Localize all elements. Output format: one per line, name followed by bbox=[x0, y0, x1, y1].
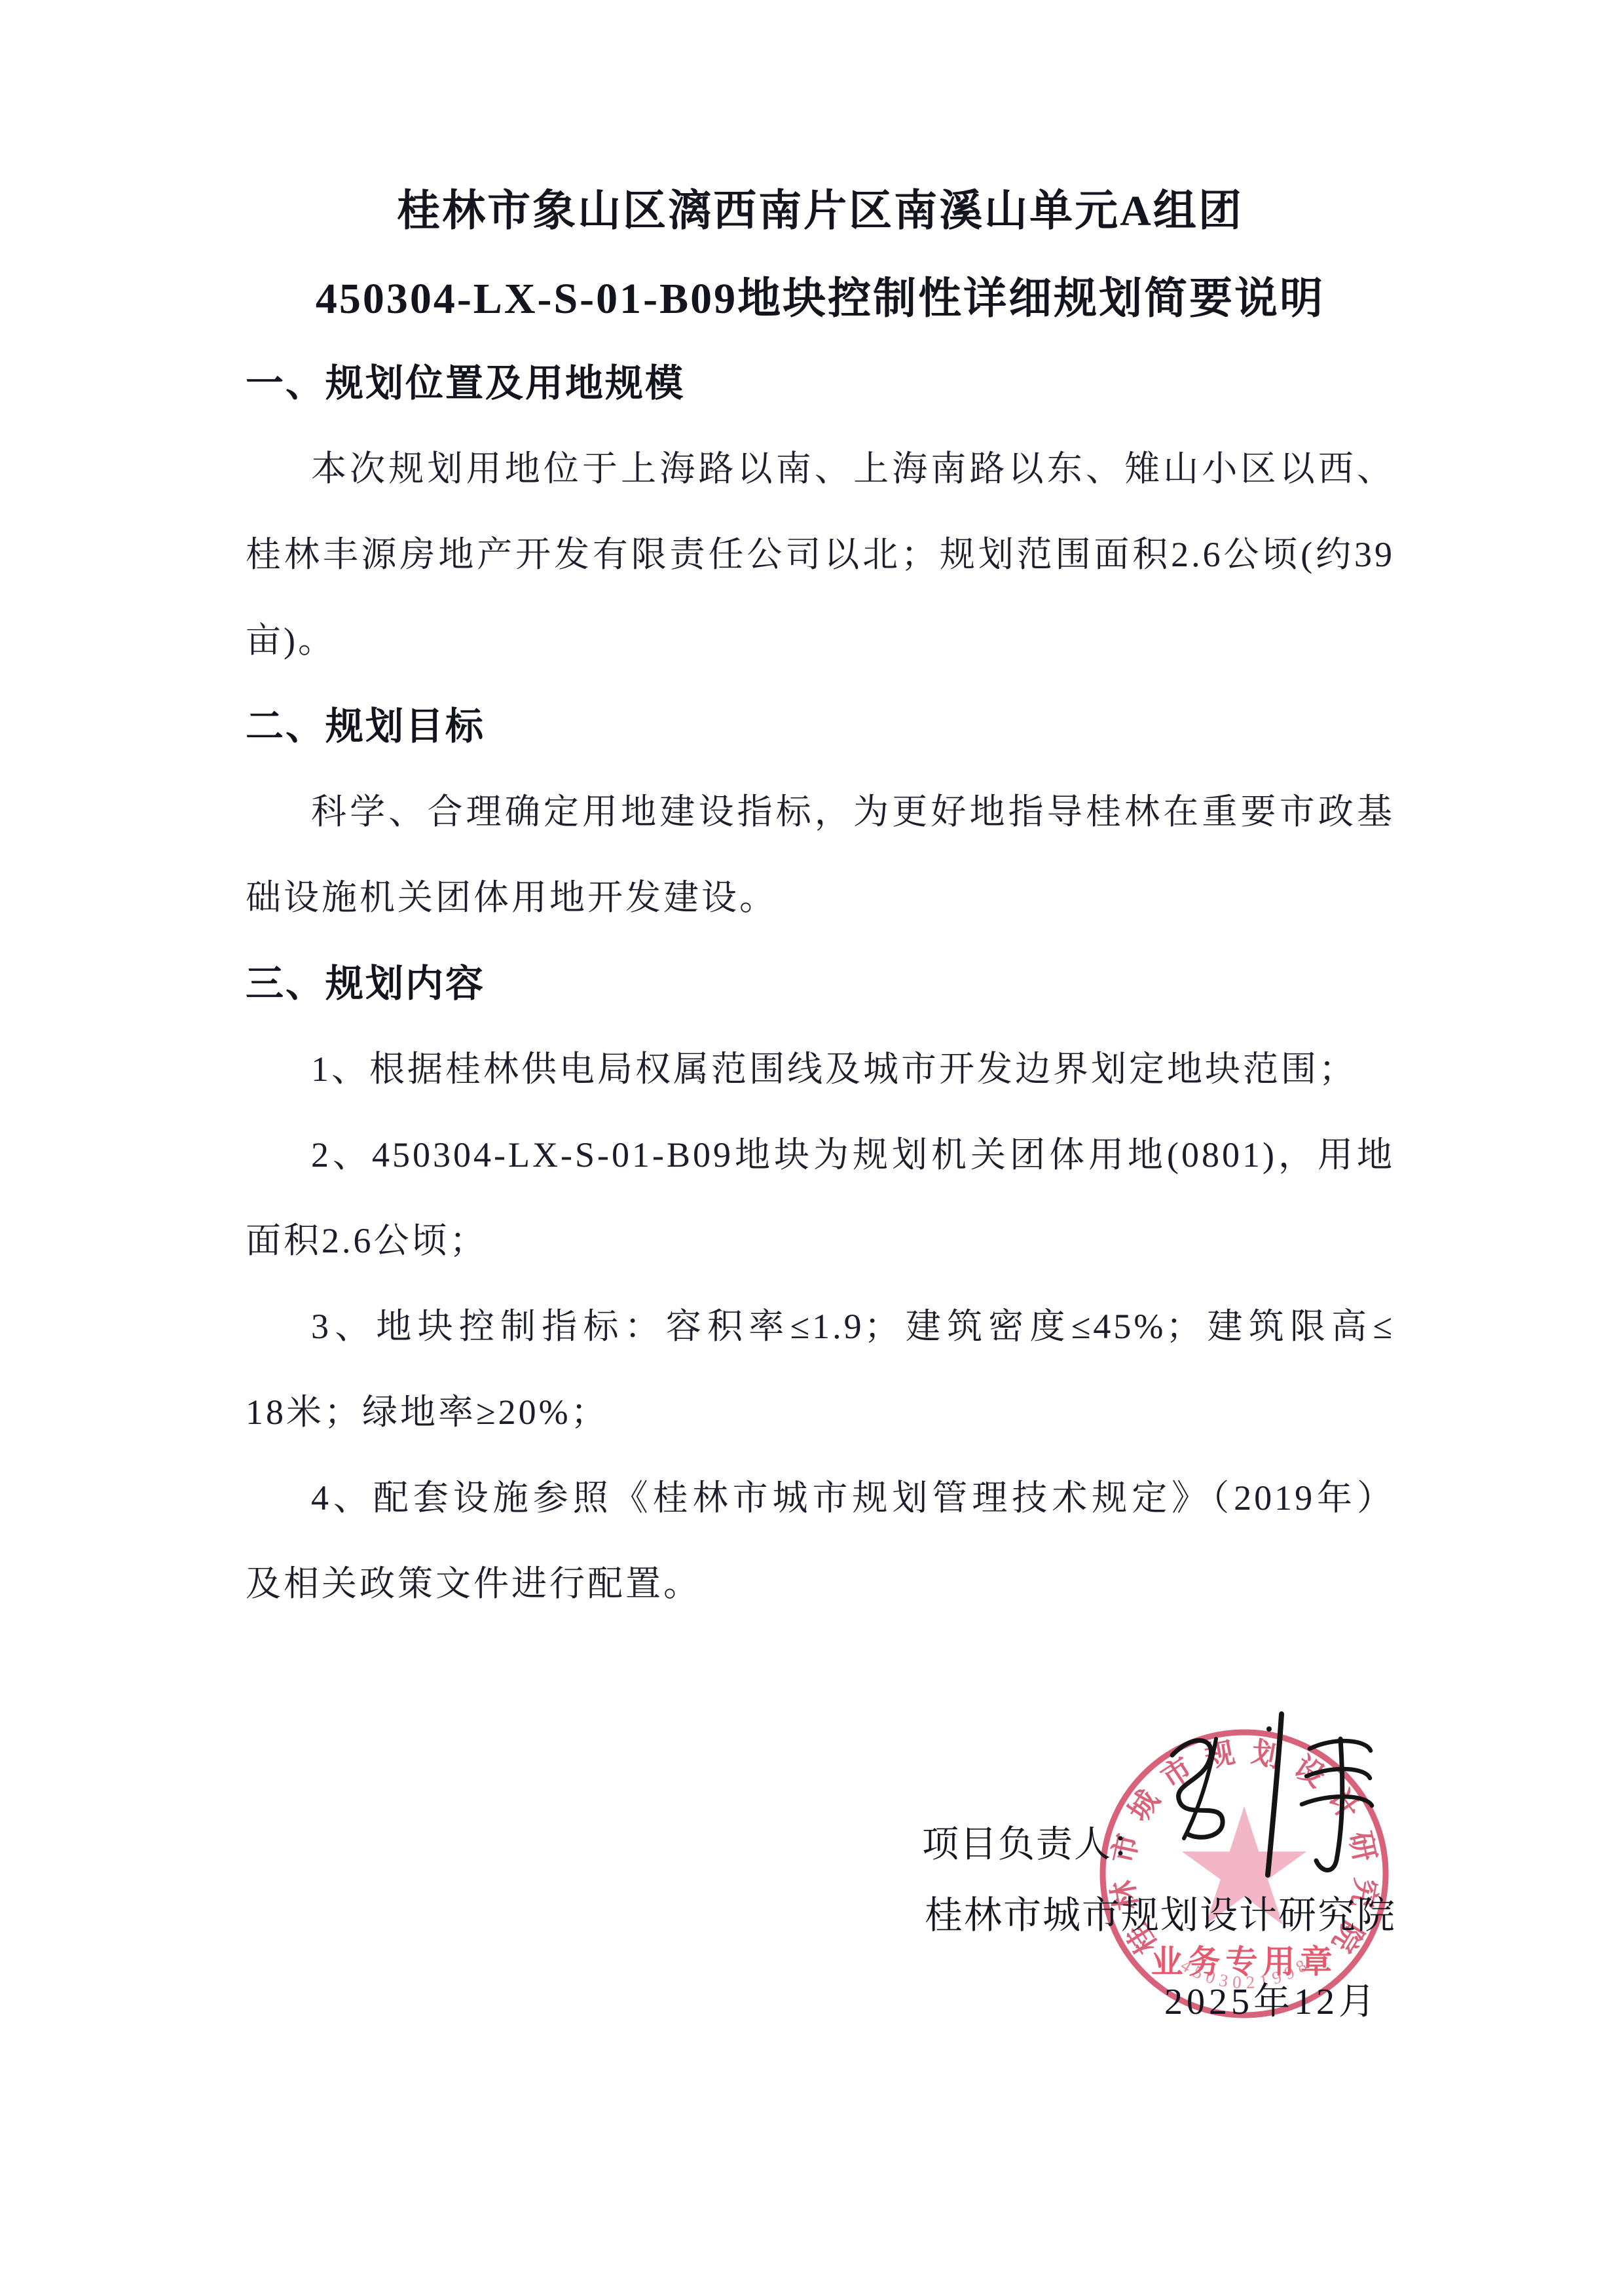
body-line: 二、规划目标 bbox=[246, 683, 1395, 769]
body-line: 桂林丰源房地产开发有限责任公司以北；规划范围面积2.6公顷(约39 bbox=[246, 512, 1395, 598]
body-line: 亩)。 bbox=[246, 598, 1395, 683]
body-line: 三、规划内容 bbox=[246, 941, 1395, 1027]
title-line-2: 450304-LX-S-01-B09地块控制性详细规划简要说明 bbox=[246, 255, 1395, 343]
document-body: 一、规划位置及用地规模本次规划用地位于上海路以南、上海南路以东、雉山小区以西、桂… bbox=[246, 340, 1395, 1627]
body-line: 2、450304-LX-S-01-B09地块为规划机关团体用地(0801)，用地 bbox=[246, 1112, 1395, 1198]
seal-subtitle: 业务专用章 bbox=[1151, 1944, 1337, 1980]
document-date: 2025年12月 bbox=[1164, 1982, 1379, 2022]
title-line-1: 桂林市象山区漓西南片区南溪山单元A组团 bbox=[246, 168, 1395, 255]
body-line: 3、地块控制指标：容积率≤1.9；建筑密度≤45%；建筑限高≤ bbox=[246, 1284, 1395, 1370]
body-line: 一、规划位置及用地规模 bbox=[246, 340, 1395, 426]
signature-icon bbox=[1110, 1700, 1405, 1889]
body-line: 本次规划用地位于上海路以南、上海南路以东、雉山小区以西、 bbox=[246, 426, 1395, 512]
body-line: 1、根据桂林供电局权属范围线及城市开发边界划定地块范围； bbox=[246, 1027, 1395, 1112]
body-line: 科学、合理确定用地建设指标，为更好地指导桂林在重要市政基 bbox=[246, 769, 1395, 855]
document-page: 桂林市象山区漓西南片区南溪山单元A组团 450304-LX-S-01-B09地块… bbox=[0, 0, 1624, 2296]
organization-name: 桂林市城市规划设计研究院 bbox=[925, 1896, 1396, 1935]
body-line: 及相关政策文件进行配置。 bbox=[246, 1541, 1395, 1627]
document-title: 桂林市象山区漓西南片区南溪山单元A组团 450304-LX-S-01-B09地块… bbox=[246, 168, 1395, 343]
body-line: 础设施机关团体用地开发建设。 bbox=[246, 855, 1395, 941]
body-line: 18米；绿地率≥20%； bbox=[246, 1370, 1395, 1455]
body-line: 4、配套设施参照《桂林市城市规划管理技术规定》（2019年） bbox=[246, 1455, 1395, 1541]
body-line: 面积2.6公顷； bbox=[246, 1198, 1395, 1284]
